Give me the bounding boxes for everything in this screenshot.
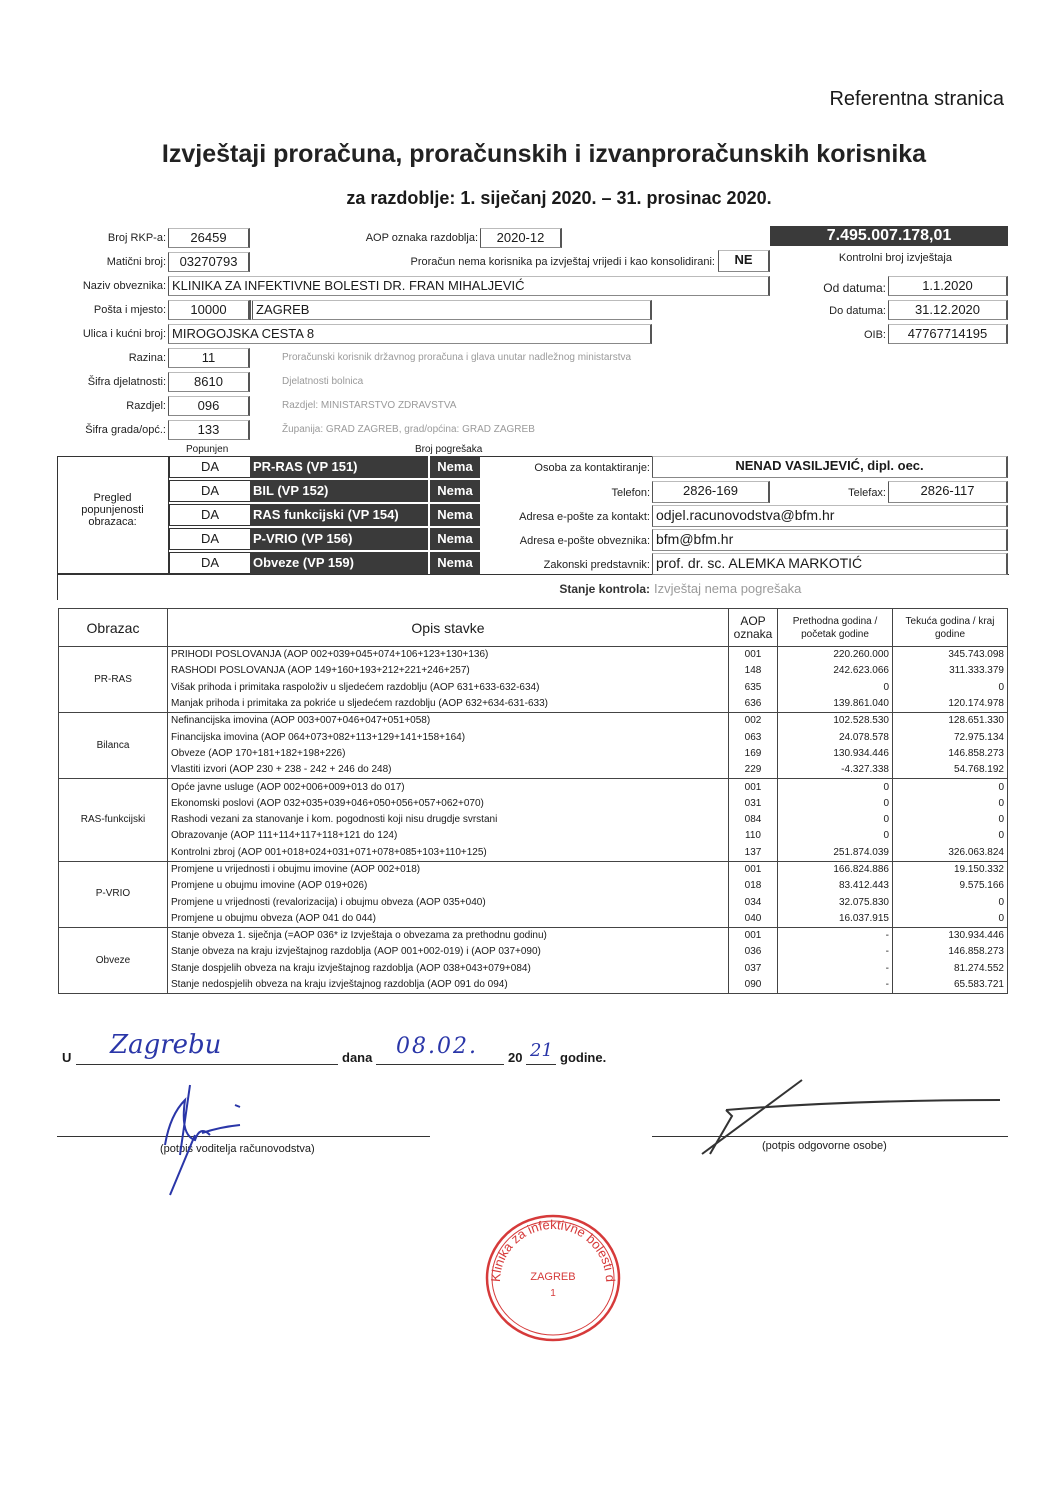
oib-field: 47767714195 xyxy=(888,324,1008,344)
form-errors: Nema xyxy=(428,456,480,478)
level-label: Razina: xyxy=(60,352,166,364)
email-entity-label: Adresa e-pošte obveznika: xyxy=(490,535,650,547)
form-group-label: P-VRIO xyxy=(59,861,168,927)
year-prefix: 20 xyxy=(508,1050,522,1065)
row-aop: 002 xyxy=(729,713,778,730)
form-filled: DA xyxy=(169,480,250,502)
activity-desc: Djelatnosti bolnica xyxy=(282,376,363,387)
row-curr: 0 xyxy=(893,812,1008,828)
row-aop: 034 xyxy=(729,894,778,910)
svg-text:1: 1 xyxy=(550,1288,556,1299)
svg-text:ZAGREB: ZAGREB xyxy=(530,1271,575,1283)
row-desc: Promjene u vrijednosti (revalorizacija) … xyxy=(168,894,729,910)
row-desc: Kontrolni zbroj (AOP 001+018+024+031+071… xyxy=(168,845,729,862)
row-prev: - xyxy=(778,961,893,977)
row-curr: 65.583.721 xyxy=(893,977,1008,994)
col-form: Obrazac xyxy=(59,609,168,647)
reference-page-label: Referentna stranica xyxy=(829,88,1004,111)
row-curr: 72.975.134 xyxy=(893,729,1008,745)
errors-header: Broj pogrešaka xyxy=(415,444,482,455)
row-curr: 81.274.552 xyxy=(893,961,1008,977)
street-field: MIROGOJSKA CESTA 8 xyxy=(168,324,652,344)
control-state-label: Stanje kontrola: xyxy=(540,582,650,596)
form-overview-row: DAP-VRIO (VP 156)Nema xyxy=(169,528,480,550)
table-row: Rashodi vezani za stanovanje i kom. pogo… xyxy=(59,812,1008,828)
table-row: BilancaNefinancijska imovina (AOP 003+00… xyxy=(59,713,1008,730)
official-stamp-icon: Klinika za infektivne bolesti dr. FRAN M… xyxy=(482,1212,624,1342)
fax-label: Telefax: xyxy=(780,487,886,499)
fax-field: 2826-117 xyxy=(888,481,1008,503)
form-group-label: RAS-funkcijski xyxy=(59,779,168,861)
row-desc: Vlastiti izvori (AOP 230 + 238 - 242 + 2… xyxy=(168,762,729,779)
table-row: Stanje nedospjelih obveza na kraju izvje… xyxy=(59,977,1008,994)
phone-label: Telefon: xyxy=(500,487,650,499)
row-aop: 031 xyxy=(729,796,778,812)
post-code-field: 10000 xyxy=(168,300,250,320)
table-row: Stanje dospjelih obveza na kraju izvješt… xyxy=(59,961,1008,977)
rkp-label: Broj RKP-a: xyxy=(60,232,166,244)
phone-field: 2826-169 xyxy=(652,481,770,503)
city-field: ZAGREB xyxy=(250,300,652,320)
from-date-label: Od datuma: xyxy=(800,281,886,295)
consolidated-field: NE xyxy=(718,250,770,272)
row-curr: 311.333.379 xyxy=(893,663,1008,679)
row-desc: Ekonomski poslovi (AOP 032+035+039+046+0… xyxy=(168,796,729,812)
row-desc: Stanje dospjelih obveza na kraju izvješt… xyxy=(168,961,729,977)
row-desc: Višak prihoda i primitaka raspoloživ u s… xyxy=(168,680,729,696)
table-row: Manjak prihoda i primitaka za pokriće u … xyxy=(59,696,1008,713)
row-desc: Promjene u vrijednosti i obujmu imovine … xyxy=(168,861,729,878)
row-prev: -4.327.338 xyxy=(778,762,893,779)
filled-header: Popunjen xyxy=(186,444,228,455)
form-filled: DA xyxy=(169,504,250,526)
table-row: Promjene u obujmu imovine (AOP 019+026)0… xyxy=(59,878,1008,894)
row-curr: 0 xyxy=(893,911,1008,928)
col-aop: AOP oznaka xyxy=(729,609,778,647)
level-desc: Proračunski korisnik državnog proračuna … xyxy=(282,352,631,363)
row-curr: 0 xyxy=(893,779,1008,796)
to-date-field: 31.12.2020 xyxy=(888,300,1008,320)
form-errors: Nema xyxy=(428,504,480,526)
table-row: Ekonomski poslovi (AOP 032+035+039+046+0… xyxy=(59,796,1008,812)
contact-person-label: Osoba za kontaktiranje: xyxy=(500,462,650,474)
street-label: Ulica i kućni broj: xyxy=(60,328,166,340)
email-contact-field: odjel.racunovodstva@bfm.hr xyxy=(652,505,1008,527)
section-desc: Razdjel: MINISTARSTVO ZDRAVSTVA xyxy=(282,400,456,411)
row-prev: 0 xyxy=(778,796,893,812)
col-desc: Opis stavke xyxy=(168,609,729,647)
form-overview-row: DAObveze (VP 159)Nema xyxy=(169,552,480,574)
row-aop: 001 xyxy=(729,779,778,796)
form-group-label: Obveze xyxy=(59,928,168,994)
row-curr: 0 xyxy=(893,894,1008,910)
accounting-signature-icon xyxy=(140,1065,280,1205)
row-prev: 220.260.000 xyxy=(778,647,893,664)
control-number-label: Kontrolni broj izvještaja xyxy=(770,252,952,264)
oib-label: OIB: xyxy=(800,329,886,341)
row-prev: 0 xyxy=(778,812,893,828)
form-name: P-VRIO (VP 156) xyxy=(250,528,428,550)
row-aop: 148 xyxy=(729,663,778,679)
table-row: Kontrolni zbroj (AOP 001+018+024+031+071… xyxy=(59,845,1008,862)
table-row: Obveze (AOP 170+181+182+198+226)169130.9… xyxy=(59,746,1008,762)
form-filled: DA xyxy=(169,552,250,574)
place-label: U xyxy=(62,1050,71,1065)
row-curr: 128.651.330 xyxy=(893,713,1008,730)
row-prev: 242.623.066 xyxy=(778,663,893,679)
row-aop: 018 xyxy=(729,878,778,894)
email-contact-label: Adresa e-pošte za kontakt: xyxy=(490,511,650,523)
form-errors: Nema xyxy=(428,528,480,550)
report-period: za razdoblje: 1. siječanj 2020. – 31. pr… xyxy=(0,188,1058,209)
page-title: Izvještaji proračuna, proračunskih i izv… xyxy=(0,140,1058,169)
row-desc: Promjene u obujmu obveza (AOP 041 do 044… xyxy=(168,911,729,928)
row-desc: Opće javne usluge (AOP 002+006+009+013 d… xyxy=(168,779,729,796)
row-aop: 636 xyxy=(729,696,778,713)
year-label: godine. xyxy=(560,1050,606,1065)
row-desc: Obveze (AOP 170+181+182+198+226) xyxy=(168,746,729,762)
rkp-field: 26459 xyxy=(168,228,250,248)
row-desc: Obrazovanje (AOP 111+114+117+118+121 do … xyxy=(168,828,729,844)
row-curr: 345.743.098 xyxy=(893,647,1008,664)
row-curr: 0 xyxy=(893,680,1008,696)
row-aop: 063 xyxy=(729,729,778,745)
row-prev: 130.934.446 xyxy=(778,746,893,762)
row-prev: - xyxy=(778,977,893,994)
forms-overview-label: Pregled popunjenosti obrazaca: xyxy=(57,456,169,574)
activity-field: 8610 xyxy=(168,372,250,392)
row-curr: 54.768.192 xyxy=(893,762,1008,779)
table-row: Vlastiti izvori (AOP 230 + 238 - 242 + 2… xyxy=(59,762,1008,779)
section-field: 096 xyxy=(168,396,250,416)
date-handwritten: 08.02. xyxy=(396,1034,478,1059)
row-aop: 001 xyxy=(729,647,778,664)
city-desc: Županija: GRAD ZAGREB, grad/općina: GRAD… xyxy=(282,424,535,435)
contact-person-field: NENAD VASILJEVIĆ, dipl. oec. xyxy=(652,456,1008,478)
row-aop: 110 xyxy=(729,828,778,844)
row-desc: Rashodi vezani za stanovanje i kom. pogo… xyxy=(168,812,729,828)
form-name: BIL (VP 152) xyxy=(250,480,428,502)
table-row: Višak prihoda i primitaka raspoloživ u s… xyxy=(59,680,1008,696)
row-aop: 169 xyxy=(729,746,778,762)
row-curr: 19.150.332 xyxy=(893,861,1008,878)
col-curr: Tekuća godina / kraj godine xyxy=(893,609,1008,647)
form-group-label: PR-RAS xyxy=(59,647,168,713)
form-name: Obveze (VP 159) xyxy=(250,552,428,574)
table-row: ObvezeStanje obveza 1. siječnja (=AOP 03… xyxy=(59,928,1008,945)
city-code-label: Šifra grada/opć.: xyxy=(60,424,166,436)
row-desc: RASHODI POSLOVANJA (AOP 149+160+193+212+… xyxy=(168,663,729,679)
aop-period-label: AOP oznaka razdoblja: xyxy=(300,232,478,244)
form-overview-row: DARAS funkcijski (VP 154)Nema xyxy=(169,504,480,526)
row-prev: 102.528.530 xyxy=(778,713,893,730)
row-desc: Nefinancijska imovina (AOP 003+007+046+0… xyxy=(168,713,729,730)
row-curr: 130.934.446 xyxy=(893,928,1008,945)
row-prev: 251.874.039 xyxy=(778,845,893,862)
row-curr: 120.174.978 xyxy=(893,696,1008,713)
row-curr: 146.858.273 xyxy=(893,746,1008,762)
row-prev: 83.412.443 xyxy=(778,878,893,894)
row-aop: 137 xyxy=(729,845,778,862)
row-desc: Stanje obveza na kraju izvještajnog razd… xyxy=(168,944,729,960)
row-aop: 635 xyxy=(729,680,778,696)
row-aop: 037 xyxy=(729,961,778,977)
row-prev: 0 xyxy=(778,828,893,844)
table-row: Promjene u obujmu obveza (AOP 041 do 044… xyxy=(59,911,1008,928)
summary-table: Obrazac Opis stavke AOP oznaka Prethodna… xyxy=(58,608,1008,994)
rep-label: Zakonski predstavnik: xyxy=(490,559,650,571)
row-prev: 24.078.578 xyxy=(778,729,893,745)
table-row: Promjene u vrijednosti (revalorizacija) … xyxy=(59,894,1008,910)
form-name: RAS funkcijski (VP 154) xyxy=(250,504,428,526)
row-prev: 32.075.830 xyxy=(778,894,893,910)
row-curr: 326.063.824 xyxy=(893,845,1008,862)
table-row: P-VRIOPromjene u vrijednosti i obujmu im… xyxy=(59,861,1008,878)
row-desc: Stanje obveza 1. siječnja (=AOP 036* iz … xyxy=(168,928,729,945)
row-desc: PRIHODI POSLOVANJA (AOP 002+039+045+074+… xyxy=(168,647,729,664)
row-prev: 16.037.915 xyxy=(778,911,893,928)
form-name: PR-RAS (VP 151) xyxy=(250,456,428,478)
responsible-signature-icon xyxy=(690,1070,1010,1160)
form-filled: DA xyxy=(169,528,250,550)
row-desc: Financijska imovina (AOP 064+073+082+113… xyxy=(168,729,729,745)
aop-period-field: 2020-12 xyxy=(480,228,562,248)
row-prev: 166.824.886 xyxy=(778,861,893,878)
table-row: Stanje obveza na kraju izvještajnog razd… xyxy=(59,944,1008,960)
form-overview-row: DABIL (VP 152)Nema xyxy=(169,480,480,502)
row-desc: Promjene u obujmu imovine (AOP 019+026) xyxy=(168,878,729,894)
email-entity-field: bfm@bfm.hr xyxy=(652,529,1008,551)
section-label: Razdjel: xyxy=(60,400,166,412)
post-label: Pošta i mjesto: xyxy=(60,304,166,316)
table-row: RAS-funkcijskiOpće javne usluge (AOP 002… xyxy=(59,779,1008,796)
name-field: KLINIKA ZA INFEKTIVNE BOLESTI DR. FRAN M… xyxy=(168,276,770,296)
form-overview-row: DAPR-RAS (VP 151)Nema xyxy=(169,456,480,478)
table-row: RASHODI POSLOVANJA (AOP 149+160+193+212+… xyxy=(59,663,1008,679)
table-row: PR-RASPRIHODI POSLOVANJA (AOP 002+039+04… xyxy=(59,647,1008,664)
from-date-field: 1.1.2020 xyxy=(888,276,1008,296)
year-handwritten: 21 xyxy=(530,1040,553,1061)
row-aop: 084 xyxy=(729,812,778,828)
to-date-label: Do datuma: xyxy=(800,305,886,317)
row-desc: Stanje nedospjelih obveza na kraju izvje… xyxy=(168,977,729,994)
row-curr: 9.575.166 xyxy=(893,878,1008,894)
row-prev: - xyxy=(778,928,893,945)
control-state-value: Izvještaj nema pogrešaka xyxy=(654,581,801,596)
row-aop: 001 xyxy=(729,928,778,945)
place-handwritten: Zagrebu xyxy=(110,1030,221,1060)
row-prev: 0 xyxy=(778,779,893,796)
form-filled: DA xyxy=(169,456,250,478)
control-number: 7.495.007.178,01 xyxy=(770,226,1008,246)
rep-field: prof. dr. sc. ALEMKA MARKOTIĆ xyxy=(652,553,1008,575)
row-prev: 0 xyxy=(778,680,893,696)
col-prev: Prethodna godina / početak godine xyxy=(778,609,893,647)
activity-label: Šifra djelatnosti: xyxy=(60,376,166,388)
row-aop: 229 xyxy=(729,762,778,779)
row-aop: 040 xyxy=(729,911,778,928)
row-prev: 139.861.040 xyxy=(778,696,893,713)
row-desc: Manjak prihoda i primitaka za pokriće u … xyxy=(168,696,729,713)
consolidated-label: Proračun nema korisnika pa izvještaj vri… xyxy=(330,256,715,268)
name-label: Naziv obveznika: xyxy=(60,280,166,292)
form-errors: Nema xyxy=(428,480,480,502)
level-field: 11 xyxy=(168,348,250,368)
mb-label: Matični broj: xyxy=(60,256,166,268)
date-label: dana xyxy=(342,1050,372,1065)
row-aop: 036 xyxy=(729,944,778,960)
table-row: Obrazovanje (AOP 111+114+117+118+121 do … xyxy=(59,828,1008,844)
form-errors: Nema xyxy=(428,552,480,574)
table-row: Financijska imovina (AOP 064+073+082+113… xyxy=(59,729,1008,745)
row-curr: 0 xyxy=(893,828,1008,844)
row-aop: 001 xyxy=(729,861,778,878)
row-aop: 090 xyxy=(729,977,778,994)
row-curr: 0 xyxy=(893,796,1008,812)
mb-field: 03270793 xyxy=(168,252,250,272)
row-curr: 146.858.273 xyxy=(893,944,1008,960)
city-code-field: 133 xyxy=(168,420,250,440)
row-prev: - xyxy=(778,944,893,960)
form-group-label: Bilanca xyxy=(59,713,168,779)
